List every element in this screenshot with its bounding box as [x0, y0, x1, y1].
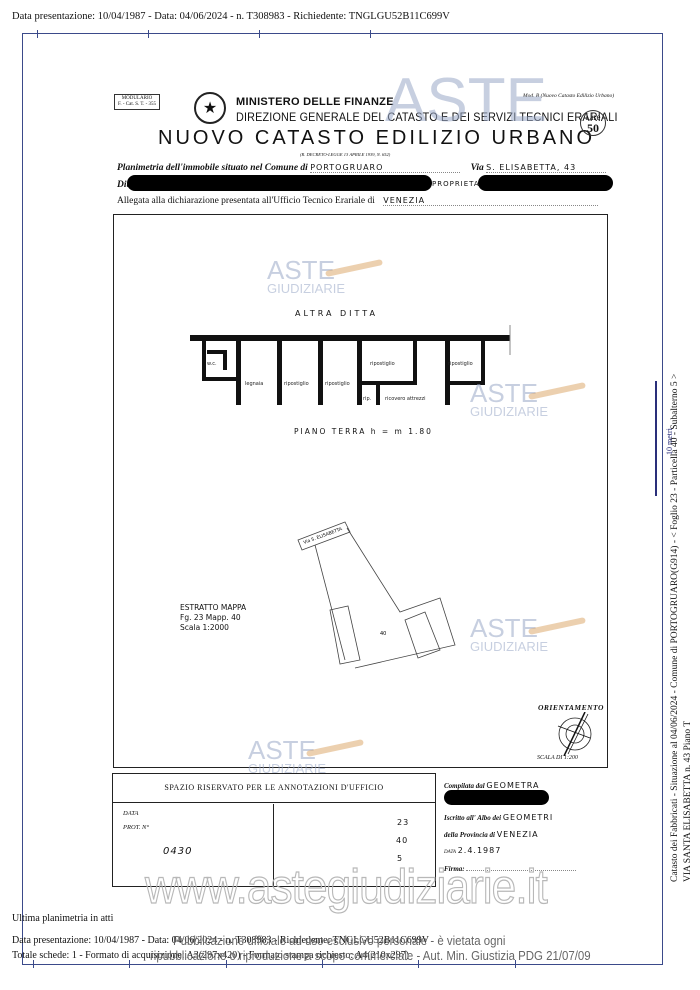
prot-value: 0430 — [163, 846, 192, 857]
frame-tick — [370, 30, 371, 38]
estratto-title: ESTRATTO MAPPA — [180, 603, 246, 613]
room-label: ripostiglio — [325, 381, 350, 387]
ministero-title: MINISTERO DELLE FINANZE — [236, 96, 394, 108]
frame-top — [22, 33, 662, 34]
foglio-value: 23 — [397, 818, 409, 827]
ufficio-value: VENEZIA — [383, 196, 598, 206]
watermark-aste: ASTE — [470, 615, 538, 641]
north-arrow-icon — [550, 712, 600, 756]
watermark-note-2: ripubblicazione o riproduzione a scopo c… — [150, 948, 591, 963]
provincia-value: VENEZIA — [497, 830, 539, 839]
room-label: rip. — [363, 396, 372, 402]
redacted-compiler — [444, 790, 549, 805]
watermark-aste: ASTE — [267, 257, 335, 283]
floor-plan: w.c. legnaia ripostiglio ripostiglio rip… — [180, 325, 520, 405]
data-label: DATA — [444, 850, 456, 855]
estratto-scala: Scala 1:2000 — [180, 623, 246, 633]
scala-label: SCALA DI 1:200 — [537, 755, 578, 761]
map-extract: Via S. ELISABETTA 40 — [290, 520, 470, 670]
scale-bar — [655, 381, 657, 496]
frame-tick — [129, 960, 130, 968]
modulario-box: MODULARIO F. - Cat. S. T. - 355 — [114, 94, 160, 110]
ultima-planimetria: Ultima planimetria in atti — [12, 913, 113, 924]
watermark-giudiziarie: GIUDIZIARIE — [267, 282, 345, 295]
frame-left — [22, 33, 23, 965]
via-label: Via — [471, 163, 484, 173]
republic-emblem-icon: ★ — [194, 92, 226, 124]
office-heading: SPAZIO RISERVATO PER LE ANNOTAZIONI D'UF… — [113, 774, 435, 803]
frame-tick — [148, 30, 149, 38]
lire-value: 50 — [581, 122, 605, 134]
room-label: ripostiglio — [448, 361, 473, 367]
frame-tick — [259, 30, 260, 38]
room-label: ripostiglio — [284, 381, 309, 387]
room-label: w.c. — [207, 361, 217, 367]
altra-ditta-label: ALTRA DITTA — [295, 309, 378, 318]
estratto-mappa: ESTRATTO MAPPA Fg. 23 Mapp. 40 Scala 1:2… — [180, 603, 246, 633]
lire-stamp: Lire 50 — [580, 110, 606, 136]
modulario-code: F. - Cat. S. T. - 355 — [116, 102, 158, 108]
compilata-value: GEOMETRA — [486, 781, 539, 790]
mappale-value: 40 — [396, 836, 408, 845]
room-label: ripostiglio — [370, 361, 395, 367]
watermark-note-1: Pubblicazione ufficiale ad uso esclusivo… — [173, 933, 505, 948]
planimetria-label: Planimetria dell'immobile situato nel Co… — [117, 163, 308, 173]
orientamento-label: ORIENTAMENTO — [538, 703, 604, 712]
prot-label: PROT. N° — [123, 824, 149, 831]
redacted-owner — [127, 175, 432, 191]
room-label: ricovero attrezzi — [385, 396, 426, 402]
frame-bottom — [22, 964, 662, 965]
frame-right — [662, 33, 663, 965]
data-value: 2.4.1987 — [458, 846, 502, 855]
allegata-label: Allegata alla dichiarazione presentata a… — [117, 196, 375, 206]
parcel-number: 40 — [380, 631, 386, 637]
watermark-aste: ASTE — [385, 70, 547, 132]
piano-terra-label: PIANO TERRA h = m 1.80 — [294, 427, 433, 436]
watermark-aste: ASTE — [470, 380, 538, 406]
comune-value: PORTOGRUARO — [310, 163, 460, 173]
side-line-2: VIA SANTA ELISABETTA n. 43 Piano T — [683, 721, 693, 882]
side-line-1: Catasto dei Fabbricati - Situazione al 0… — [670, 374, 680, 882]
provincia-label: della Provincia di — [444, 831, 495, 839]
iscritto-value: GEOMETRI — [503, 813, 553, 822]
allegata-row: Allegata alla dichiarazione presentata a… — [117, 196, 598, 206]
watermark-giudiziarie: GIUDIZIARIE — [248, 762, 326, 775]
watermark-aste: ASTE — [248, 737, 316, 763]
redacted-owner-2 — [478, 175, 613, 191]
iscritto-label: Iscritto all' Albo dei — [444, 814, 501, 822]
watermark-url: www.astegiudiziarie.it — [145, 860, 547, 915]
top-metadata: Data presentazione: 10/04/1987 - Data: 0… — [12, 11, 450, 22]
data-label: DATA — [123, 810, 139, 817]
decreto-note: (R. DECRETO-LEGGE 13 APRILE 1939, N. 652… — [300, 152, 390, 157]
via-value: S. ELISABETTA, 43 — [486, 163, 606, 173]
watermark-giudiziarie: GIUDIZIARIE — [470, 640, 548, 653]
compilata-label: Compilata dal — [444, 782, 485, 790]
plan-box — [113, 214, 608, 768]
frame-tick — [37, 30, 38, 38]
watermark-giudiziarie: GIUDIZIARIE — [470, 405, 548, 418]
planimetria-row: Planimetria dell'immobile situato nel Co… — [117, 163, 606, 173]
frame-tick — [33, 960, 34, 968]
room-label: legnaia — [245, 381, 263, 387]
estratto-foglio: Fg. 23 Mapp. 40 — [180, 613, 246, 623]
